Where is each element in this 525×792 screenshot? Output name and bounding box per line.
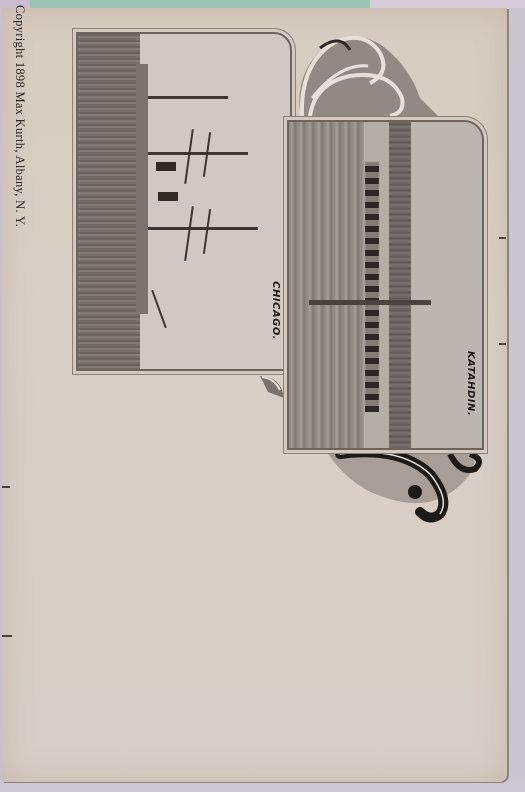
ship-mast (148, 152, 248, 155)
ship-mast (148, 96, 228, 99)
water-area (289, 122, 364, 448)
ship-spar (184, 129, 194, 184)
paper-mark (499, 343, 506, 345)
background-edge (0, 782, 525, 792)
ship-spar (203, 209, 211, 254)
ship-hull (136, 64, 148, 314)
paper-mark (2, 486, 10, 488)
ship-hull (365, 162, 379, 412)
ship-mast (309, 300, 431, 305)
background-edge (505, 8, 525, 792)
ship-funnel (156, 162, 176, 171)
paper-mark (499, 237, 506, 239)
water-area (78, 34, 140, 369)
scroll-ornament-icon (258, 372, 288, 400)
scroll-ornament-icon (320, 444, 485, 524)
copyright-notice: Copyright 1898 Max Kurth, Albany, N. Y. (7, 5, 27, 295)
photo-caption-chicago: CHICAGO. (270, 281, 281, 340)
paper-mark (2, 635, 12, 637)
background-strip (30, 0, 370, 8)
ship-spar (184, 206, 194, 261)
photo-katahdin (287, 120, 484, 450)
photo-caption-katahdin: KATAHDIN. (465, 351, 476, 416)
ship-bowsprit (151, 290, 167, 328)
ship-mast (148, 227, 258, 230)
shoreline (389, 122, 411, 448)
scroll-ornament-icon (290, 28, 440, 120)
photo-chicago (76, 32, 292, 371)
background-strip (370, 0, 525, 8)
ship-funnel (158, 192, 178, 201)
